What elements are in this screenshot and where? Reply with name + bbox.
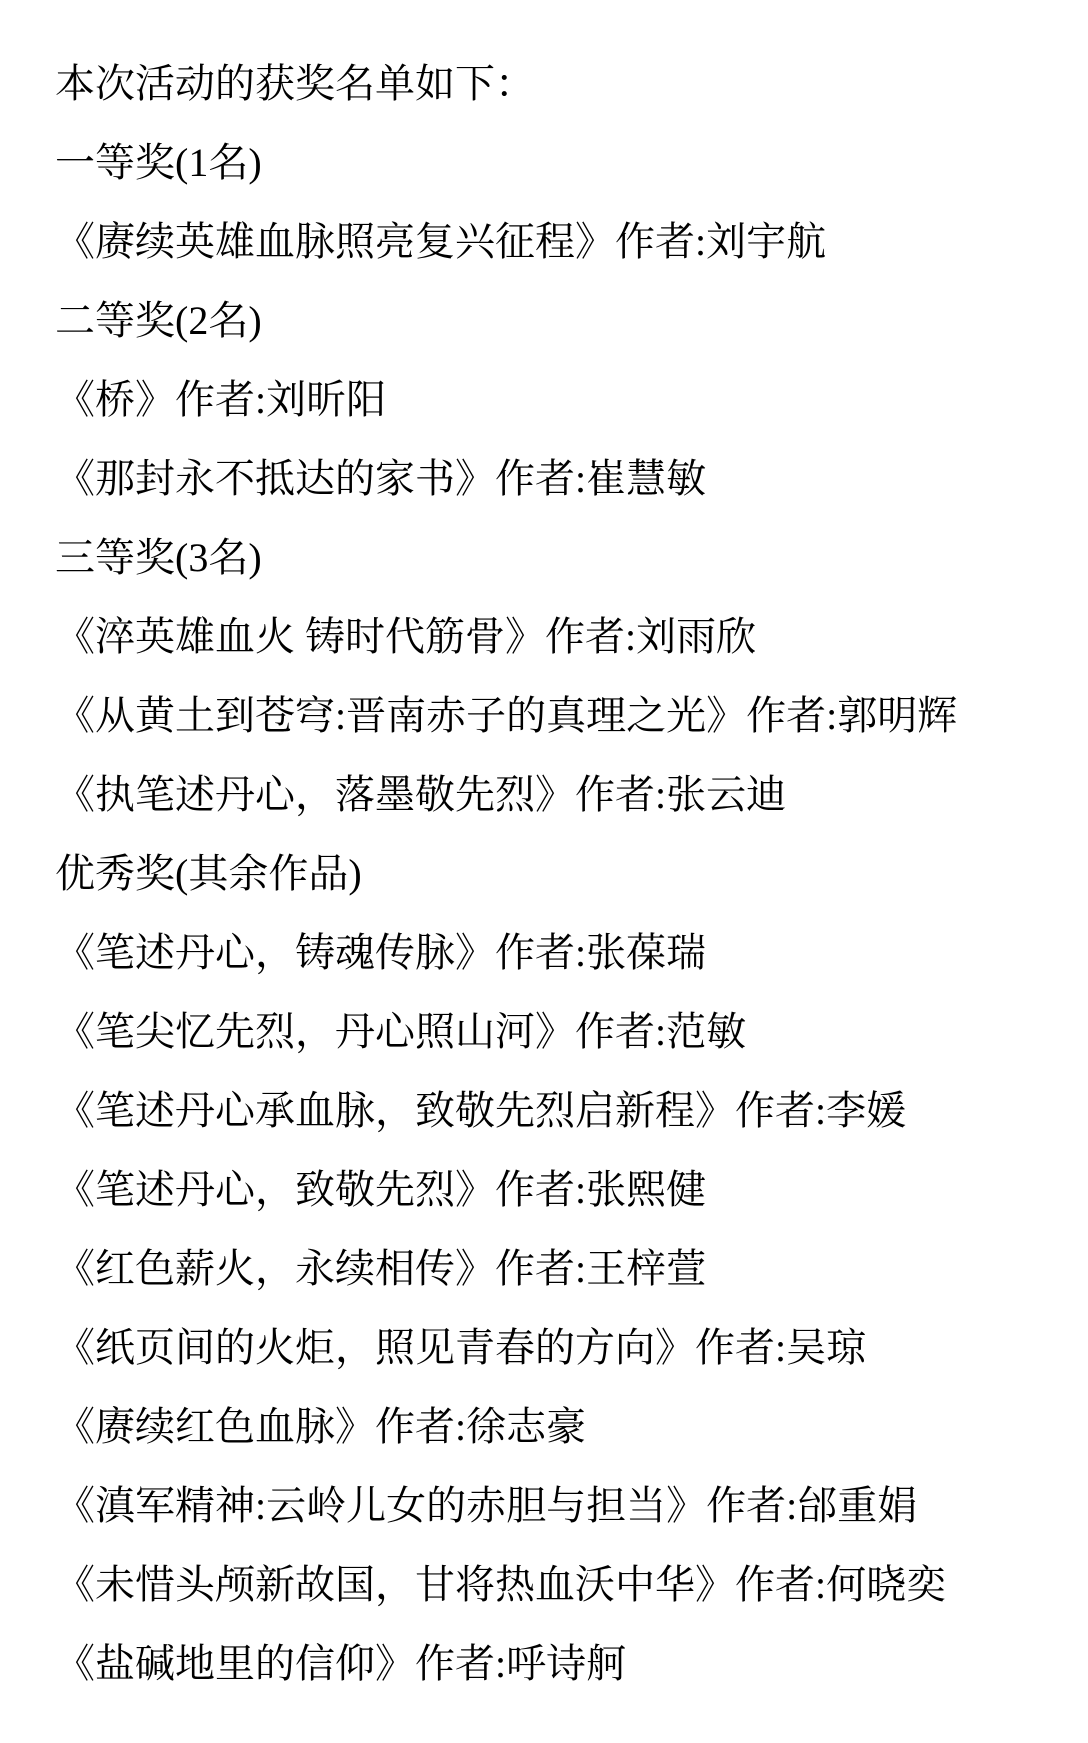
author-name: 徐志豪 <box>466 1404 586 1449</box>
author-label: 作者: <box>545 614 636 659</box>
author-label: 作者: <box>706 1483 797 1528</box>
award-entry: 《赓续英雄血脉照亮复兴征程》作者:刘宇航 <box>55 202 1058 281</box>
author-label: 作者: <box>495 930 586 975</box>
author-label: 作者: <box>495 456 586 501</box>
intro-line: 本次活动的获奖名单如下： <box>55 44 1058 123</box>
author-name: 张云迪 <box>666 772 786 817</box>
award-entry: 《未惜头颅新故国，甘将热血沃中华》作者:何晓奕 <box>55 1545 1058 1624</box>
author-label: 作者: <box>735 1088 826 1133</box>
award-entry: 《笔述丹心承血脉，致敬先烈启新程》作者:李媛 <box>55 1071 1058 1150</box>
award-entry: 《滇军精神:云岭儿女的赤胆与担当》作者:邰重娟 <box>55 1466 1058 1545</box>
author-label: 作者: <box>415 1641 506 1686</box>
award-entry: 《盐碱地里的信仰》作者:呼诗舸 <box>55 1624 1058 1703</box>
award-entry: 《笔尖忆先烈，丹心照山河》作者:范敏 <box>55 992 1058 1071</box>
work-title: 《红色薪火，永续相传》 <box>55 1246 495 1291</box>
award-entry: 《从黄土到苍穹:晋南赤子的真理之光》作者:郭明辉 <box>55 676 1058 755</box>
author-label: 作者: <box>746 693 837 738</box>
work-title: 《那封永不抵达的家书》 <box>55 456 495 501</box>
author-label: 作者: <box>495 1167 586 1212</box>
section-heading-second-prize: 二等奖(2名) <box>55 281 1058 360</box>
work-title: 《笔述丹心，致敬先烈》 <box>55 1167 495 1212</box>
author-label: 作者: <box>575 1009 666 1054</box>
author-label: 作者: <box>615 219 706 264</box>
author-name: 呼诗舸 <box>506 1641 626 1686</box>
author-label: 作者: <box>175 377 266 422</box>
work-title: 《笔述丹心承血脉，致敬先烈启新程》 <box>55 1088 735 1133</box>
award-entry: 《赓续红色血脉》作者:徐志豪 <box>55 1387 1058 1466</box>
work-title: 《滇军精神:云岭儿女的赤胆与担当》 <box>55 1483 706 1528</box>
work-title: 《盐碱地里的信仰》 <box>55 1641 415 1686</box>
award-entry: 《纸页间的火炬，照见青春的方向》作者:吴琼 <box>55 1308 1058 1387</box>
author-label: 作者: <box>495 1246 586 1291</box>
author-name: 崔慧敏 <box>586 456 706 501</box>
work-title: 《执笔述丹心，落墨敬先烈》 <box>55 772 575 817</box>
author-name: 刘昕阳 <box>266 377 386 422</box>
author-name: 邰重娟 <box>797 1483 917 1528</box>
work-title: 《纸页间的火炬，照见青春的方向》 <box>55 1325 695 1370</box>
work-title: 《未惜头颅新故国，甘将热血沃中华》 <box>55 1562 735 1607</box>
section-heading-first-prize: 一等奖(1名) <box>55 123 1058 202</box>
author-name: 范敏 <box>666 1009 746 1054</box>
author-label: 作者: <box>695 1325 786 1370</box>
author-name: 王梓萱 <box>586 1246 706 1291</box>
work-title: 《淬英雄血火 铸时代筋骨》 <box>55 614 545 659</box>
award-entry: 《笔述丹心，铸魂传脉》作者:张葆瑞 <box>55 913 1058 992</box>
award-entry: 《执笔述丹心，落墨敬先烈》作者:张云迪 <box>55 755 1058 834</box>
work-title: 《赓续红色血脉》 <box>55 1404 375 1449</box>
author-name: 张葆瑞 <box>586 930 706 975</box>
author-label: 作者: <box>375 1404 466 1449</box>
award-entry: 《笔述丹心，致敬先烈》作者:张熙健 <box>55 1150 1058 1229</box>
award-entry: 《红色薪火，永续相传》作者:王梓萱 <box>55 1229 1058 1308</box>
award-list-document: 本次活动的获奖名单如下： 一等奖(1名) 《赓续英雄血脉照亮复兴征程》作者:刘宇… <box>0 0 1088 1703</box>
author-name: 何晓奕 <box>826 1562 946 1607</box>
author-name: 郭明辉 <box>837 693 957 738</box>
work-title: 《赓续英雄血脉照亮复兴征程》 <box>55 219 615 264</box>
author-label: 作者: <box>575 772 666 817</box>
author-label: 作者: <box>735 1562 826 1607</box>
author-name: 张熙健 <box>586 1167 706 1212</box>
section-heading-third-prize: 三等奖(3名) <box>55 518 1058 597</box>
section-heading-excellence-prize: 优秀奖(其余作品) <box>55 834 1058 913</box>
award-entry: 《那封永不抵达的家书》作者:崔慧敏 <box>55 439 1058 518</box>
author-name: 刘雨欣 <box>636 614 756 659</box>
award-entry: 《淬英雄血火 铸时代筋骨》作者:刘雨欣 <box>55 597 1058 676</box>
work-title: 《桥》 <box>55 377 175 422</box>
work-title: 《从黄土到苍穹:晋南赤子的真理之光》 <box>55 693 746 738</box>
award-entry: 《桥》作者:刘昕阳 <box>55 360 1058 439</box>
author-name: 刘宇航 <box>706 219 826 264</box>
author-name: 李媛 <box>826 1088 906 1133</box>
author-name: 吴琼 <box>786 1325 866 1370</box>
work-title: 《笔尖忆先烈，丹心照山河》 <box>55 1009 575 1054</box>
work-title: 《笔述丹心，铸魂传脉》 <box>55 930 495 975</box>
